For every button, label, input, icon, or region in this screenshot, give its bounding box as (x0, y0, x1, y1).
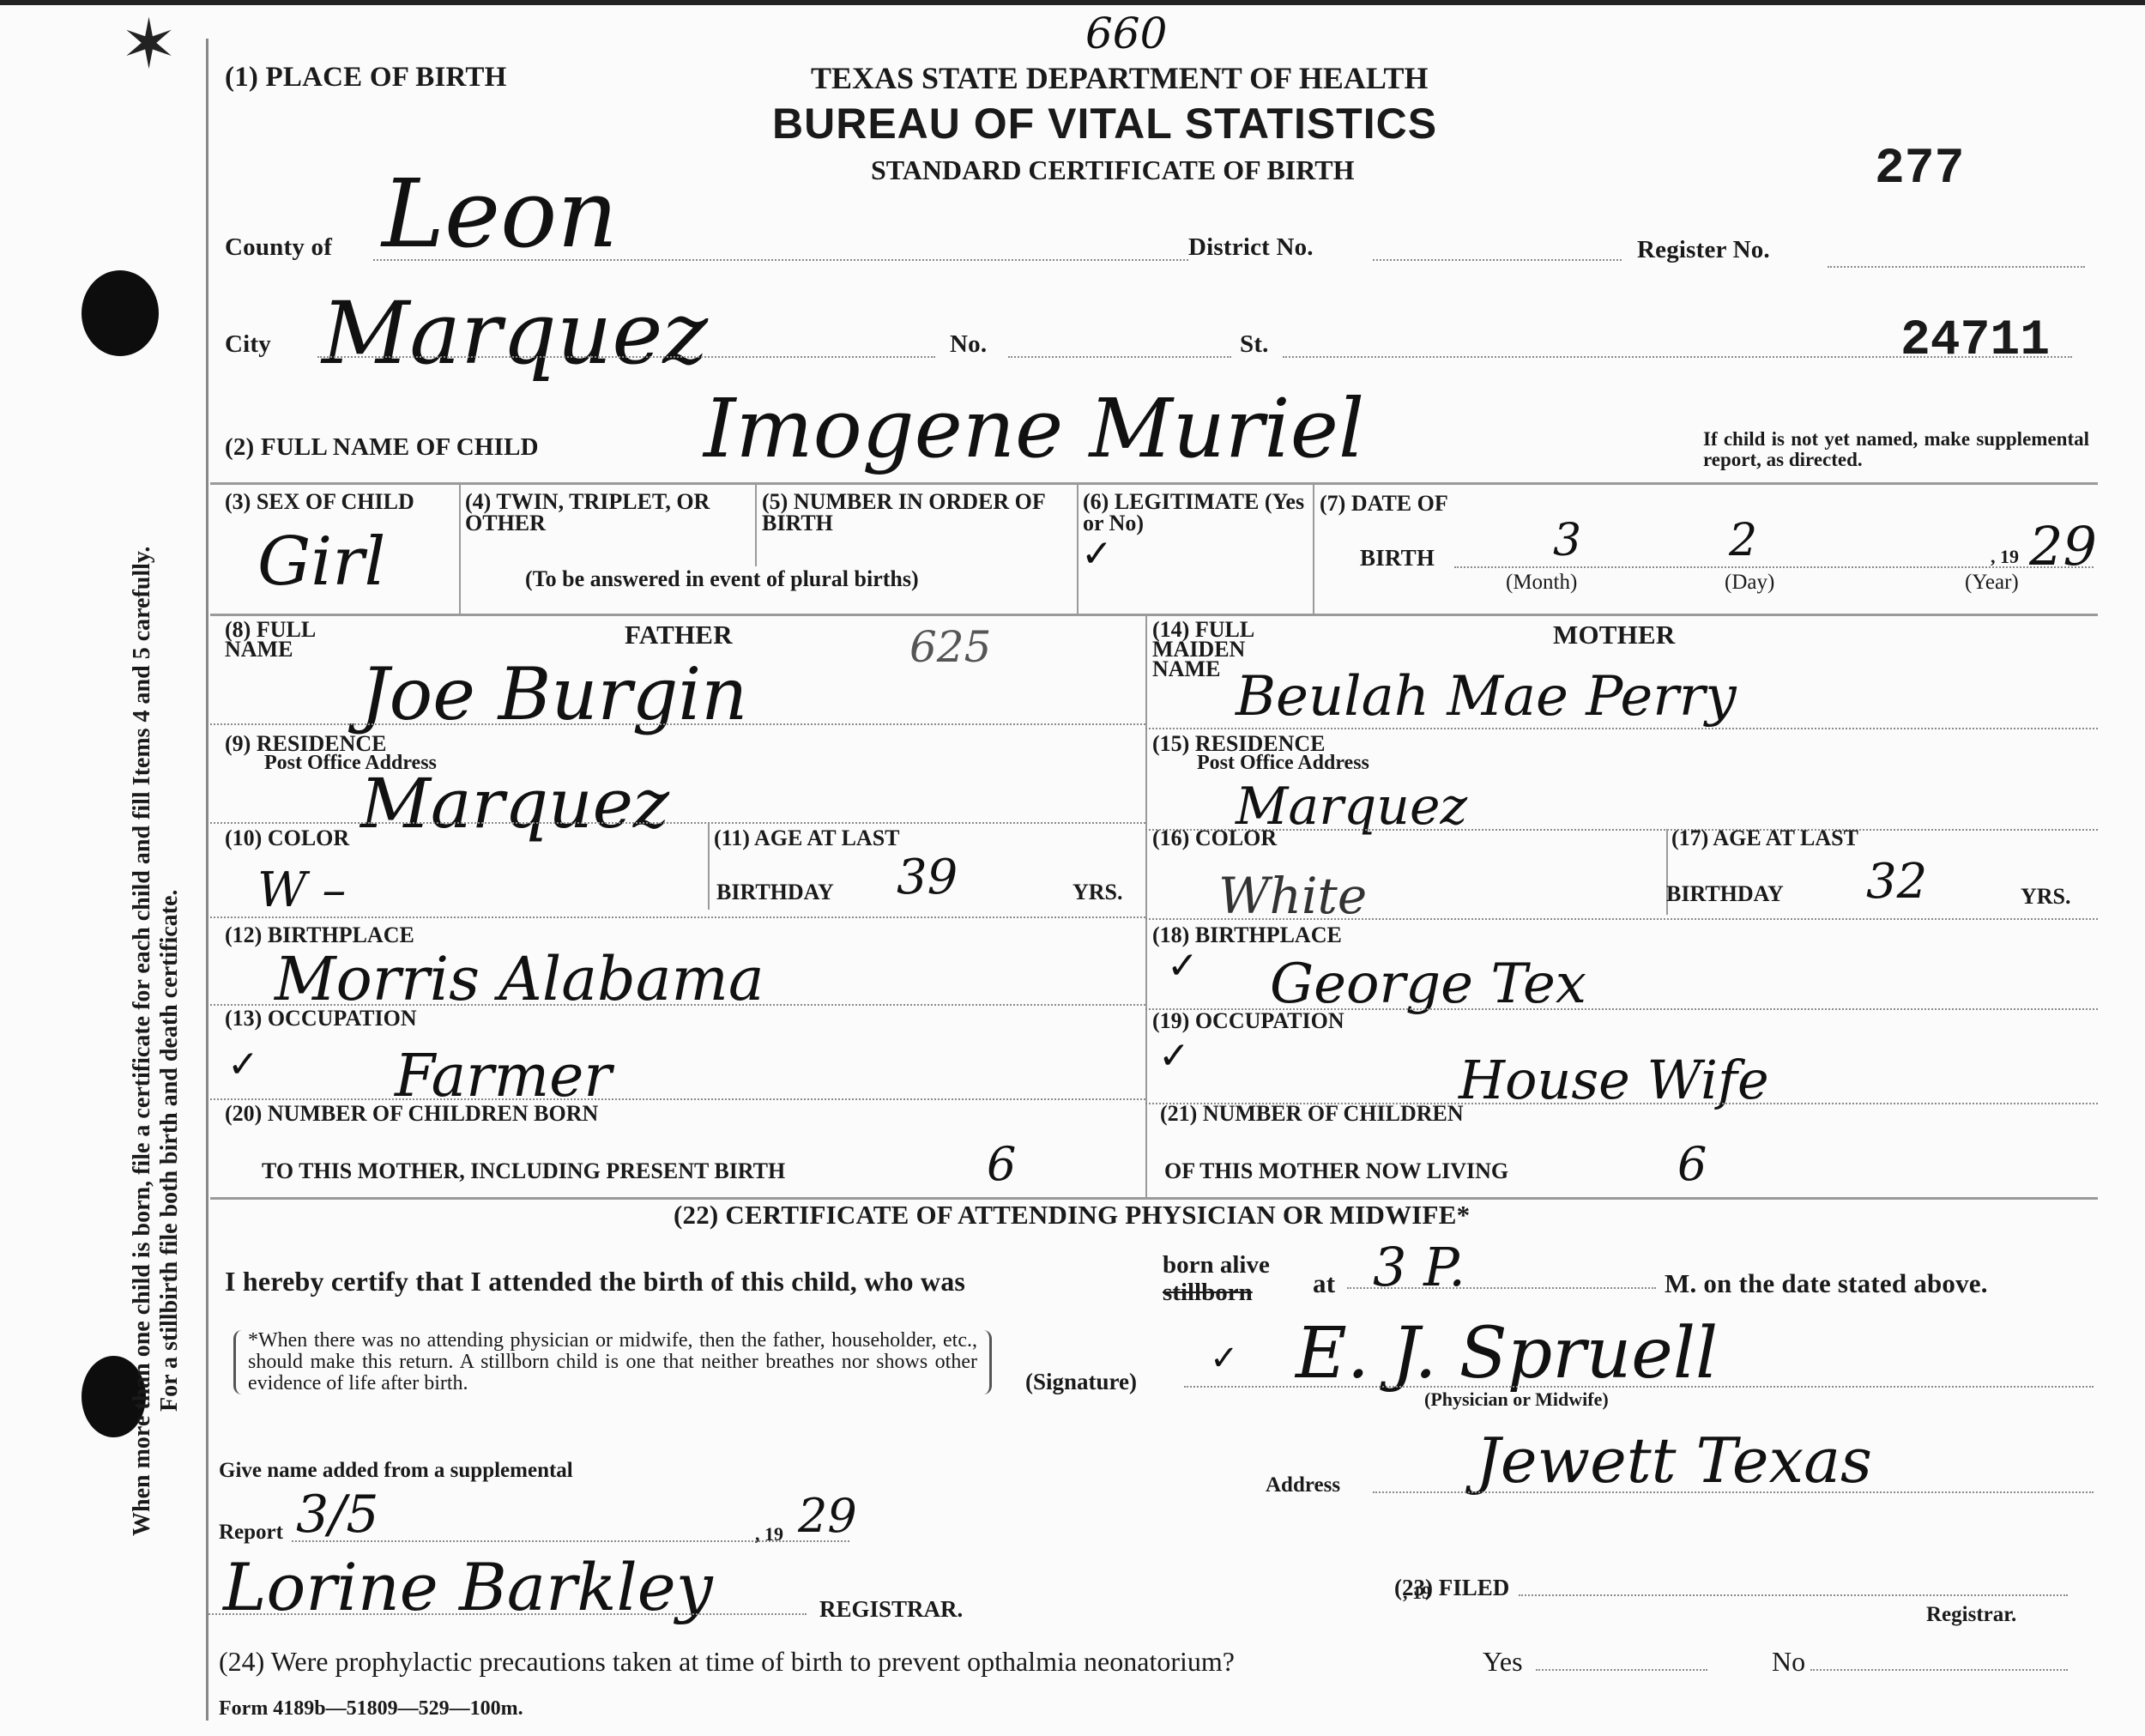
city-label: City (225, 330, 271, 359)
mother-age-value[interactable]: 32 (1866, 854, 1927, 910)
report-label: Report (219, 1521, 283, 1545)
form-title: STANDARD CERTIFICATE OF BIRTH (871, 154, 1354, 186)
mother-age-label: (17) AGE AT LAST (1671, 826, 1858, 851)
year-caption: (Year) (1965, 571, 2019, 595)
mother-heading: MOTHER (1553, 620, 1675, 650)
order-label: (5) NUMBER IN ORDER OF BIRTH (762, 491, 1045, 534)
row-line (1145, 918, 2098, 920)
report-year-prefix: , 19 (755, 1523, 783, 1545)
city-value[interactable]: Marquez (322, 283, 708, 384)
dob-year[interactable]: 29 (2029, 515, 2097, 578)
footnote: *When there was no attending physician o… (233, 1330, 992, 1394)
dob-birth-label: BIRTH (1360, 545, 1435, 572)
twin-label: (4) TWIN, TRIPLET, OR OTHER (465, 491, 722, 534)
register-number-stamp: 24711 (1900, 313, 2050, 369)
row-divider (210, 614, 2098, 616)
father-name-label: (8) FULL NAME (225, 620, 319, 659)
mother-occupation-label: (19) OCCUPATION (1152, 1008, 1344, 1034)
file-number-stamp: 277 (1875, 142, 1964, 197)
child-name-value[interactable]: Imogene Muriel (704, 382, 1364, 476)
dob-day[interactable]: 2 (1729, 515, 1757, 566)
report-year[interactable]: 29 (798, 1489, 857, 1543)
row-line (210, 916, 1145, 918)
agency-title: TEXAS STATE DEPARTMENT OF HEALTH (811, 60, 1429, 96)
col-divider (1077, 485, 1079, 614)
legitimate-label: (6) LEGITIMATE (Yes or No) (1083, 491, 1306, 534)
father-age-label: (11) AGE AT LAST (714, 826, 900, 851)
district-line (1373, 259, 1622, 261)
row-line (210, 1098, 1145, 1100)
time-suffix: M. on the date stated above. (1665, 1268, 1988, 1299)
prophylactic-no-label[interactable]: No (1772, 1646, 1805, 1678)
signature-check-icon: ✓ (1210, 1339, 1239, 1378)
mother-name-value[interactable]: Beulah Mae Perry (1236, 665, 1737, 729)
row-line (1145, 829, 2098, 831)
signature-label: (Signature) (1025, 1369, 1137, 1395)
ink-blot (82, 270, 159, 356)
county-label: County of (225, 233, 332, 262)
legitimate-check-icon[interactable]: ✓ (1081, 532, 1113, 576)
county-value[interactable]: Leon (382, 159, 618, 269)
father-margin-number: 625 (909, 622, 991, 672)
children-living-label: (21) NUMBER OF CHILDREN (1160, 1101, 1464, 1127)
physician-signature[interactable]: E. J. Spruell (1296, 1313, 1718, 1394)
margin-instructions: When more than one child is born, file a… (129, 547, 184, 1536)
born-alive-option[interactable]: born alive (1163, 1251, 1270, 1279)
col-divider (755, 485, 757, 566)
father-occupation-label: (13) OCCUPATION (225, 1006, 417, 1031)
registrar-label: REGISTRAR. (819, 1596, 963, 1623)
margin-line-1: When more than one child is born, file a… (129, 547, 156, 1536)
mother-color-value[interactable]: White (1218, 867, 1367, 925)
children-born-label: (20) NUMBER OF CHILDREN BORN (225, 1101, 598, 1127)
children-living-value[interactable]: 6 (1677, 1137, 1707, 1191)
certify-text: I hereby certify that I attended the bir… (225, 1266, 965, 1297)
mother-color-label: (16) COLOR (1152, 826, 1277, 851)
margin-line-2: For a stillbirth file both birth and dea… (156, 547, 184, 1536)
signature-caption: (Physician or Midwife) (1424, 1388, 1609, 1411)
row-line (210, 822, 1145, 824)
physician-address[interactable]: Jewett Texas (1476, 1424, 1872, 1497)
father-occupation-check-icon: ✓ (227, 1043, 259, 1086)
sex-value[interactable]: Girl (257, 523, 386, 601)
sex-label: (3) SEX OF CHILD (225, 491, 414, 512)
register-label: Register No. (1637, 236, 1770, 264)
filed-line (1519, 1594, 2068, 1596)
street-no-label: No. (950, 330, 987, 359)
not-named-note: If child is not yet named, make suppleme… (1703, 429, 2089, 470)
yes-line (1536, 1669, 1707, 1671)
supplemental-label: Give name added from a supplemental (219, 1459, 573, 1483)
birth-time-value[interactable]: 3 P. (1373, 1236, 1465, 1298)
at-label: at (1313, 1268, 1335, 1299)
prophylactic-yes-label[interactable]: Yes (1483, 1646, 1523, 1678)
time-line (1347, 1287, 1656, 1289)
father-age-sub: BIRTHDAY (716, 880, 834, 905)
plural-births-note: (To be answered in event of plural birth… (525, 566, 919, 592)
address-label: Address (1266, 1473, 1340, 1497)
father-age-value[interactable]: 39 (897, 850, 958, 905)
dob-label: (7) DATE OF (1320, 491, 1448, 517)
day-caption: (Day) (1725, 571, 1774, 595)
row-line (210, 723, 1145, 725)
dob-month[interactable]: 3 (1553, 515, 1581, 566)
filed-year-prefix-visible: , 19 (1403, 1582, 1431, 1604)
parents-divider (1145, 615, 1147, 1199)
handwritten-top-number: 660 (1085, 9, 1167, 58)
father-heading: FATHER (625, 620, 733, 650)
form-number: Form 4189b—51809—529—100m. (219, 1697, 523, 1721)
father-color-value[interactable]: W – (257, 862, 346, 918)
address-line (1373, 1491, 2094, 1493)
children-born-sub: TO THIS MOTHER, INCLUDING PRESENT BIRTH (262, 1158, 785, 1184)
no-line (1810, 1669, 2068, 1671)
prophylactic-question: (24) Were prophylactic precautions taken… (219, 1646, 1235, 1678)
month-caption: (Month) (1506, 571, 1577, 595)
children-born-value[interactable]: 6 (987, 1137, 1016, 1191)
father-residence-value[interactable]: Marquez (360, 764, 669, 844)
mother-residence-sub: Post Office Address (1197, 752, 1369, 775)
mother-birthplace-check-icon: ✓ (1167, 944, 1199, 988)
mother-age-sub: BIRTHDAY (1666, 881, 1784, 907)
col-divider (1313, 485, 1314, 614)
top-edge (0, 0, 2145, 5)
dob-year-prefix: , 19 (1991, 546, 2019, 568)
asterisk-mark-icon: ✶ (120, 4, 178, 85)
street-label: St. (1240, 330, 1269, 359)
district-label: District No. (1188, 233, 1314, 262)
child-name-label: (2) FULL NAME OF CHILD (225, 433, 539, 462)
filed-registrar-label: Registrar. (1926, 1603, 2016, 1627)
signature-line (1184, 1386, 2094, 1388)
street-no-line (1008, 356, 1231, 358)
col-divider (708, 824, 710, 910)
stillborn-option[interactable]: stillborn (1163, 1279, 1253, 1307)
mother-birthplace-value[interactable]: George Tex (1270, 953, 1586, 1016)
father-age-unit: YRS. (1072, 880, 1123, 905)
registrar-line (206, 1613, 807, 1615)
form-left-border (206, 39, 208, 1721)
mother-age-unit: YRS. (2021, 884, 2071, 910)
report-date[interactable]: 3/5 (296, 1485, 379, 1545)
children-living-sub: OF THIS MOTHER NOW LIVING (1164, 1158, 1508, 1184)
place-of-birth-label: (1) PLACE OF BIRTH (225, 62, 506, 94)
bureau-title: BUREAU OF VITAL STATISTICS (772, 99, 1437, 148)
county-line (373, 259, 1188, 261)
father-color-label: (10) COLOR (225, 826, 349, 851)
row-line (1145, 728, 2098, 729)
register-line (1828, 266, 2085, 268)
row-divider (210, 482, 2098, 485)
physician-heading: (22) CERTIFICATE OF ATTENDING PHYSICIAN … (674, 1200, 1470, 1231)
city-line (317, 356, 935, 358)
mother-occupation-check-icon: ✓ (1158, 1034, 1190, 1078)
col-divider (459, 485, 461, 614)
